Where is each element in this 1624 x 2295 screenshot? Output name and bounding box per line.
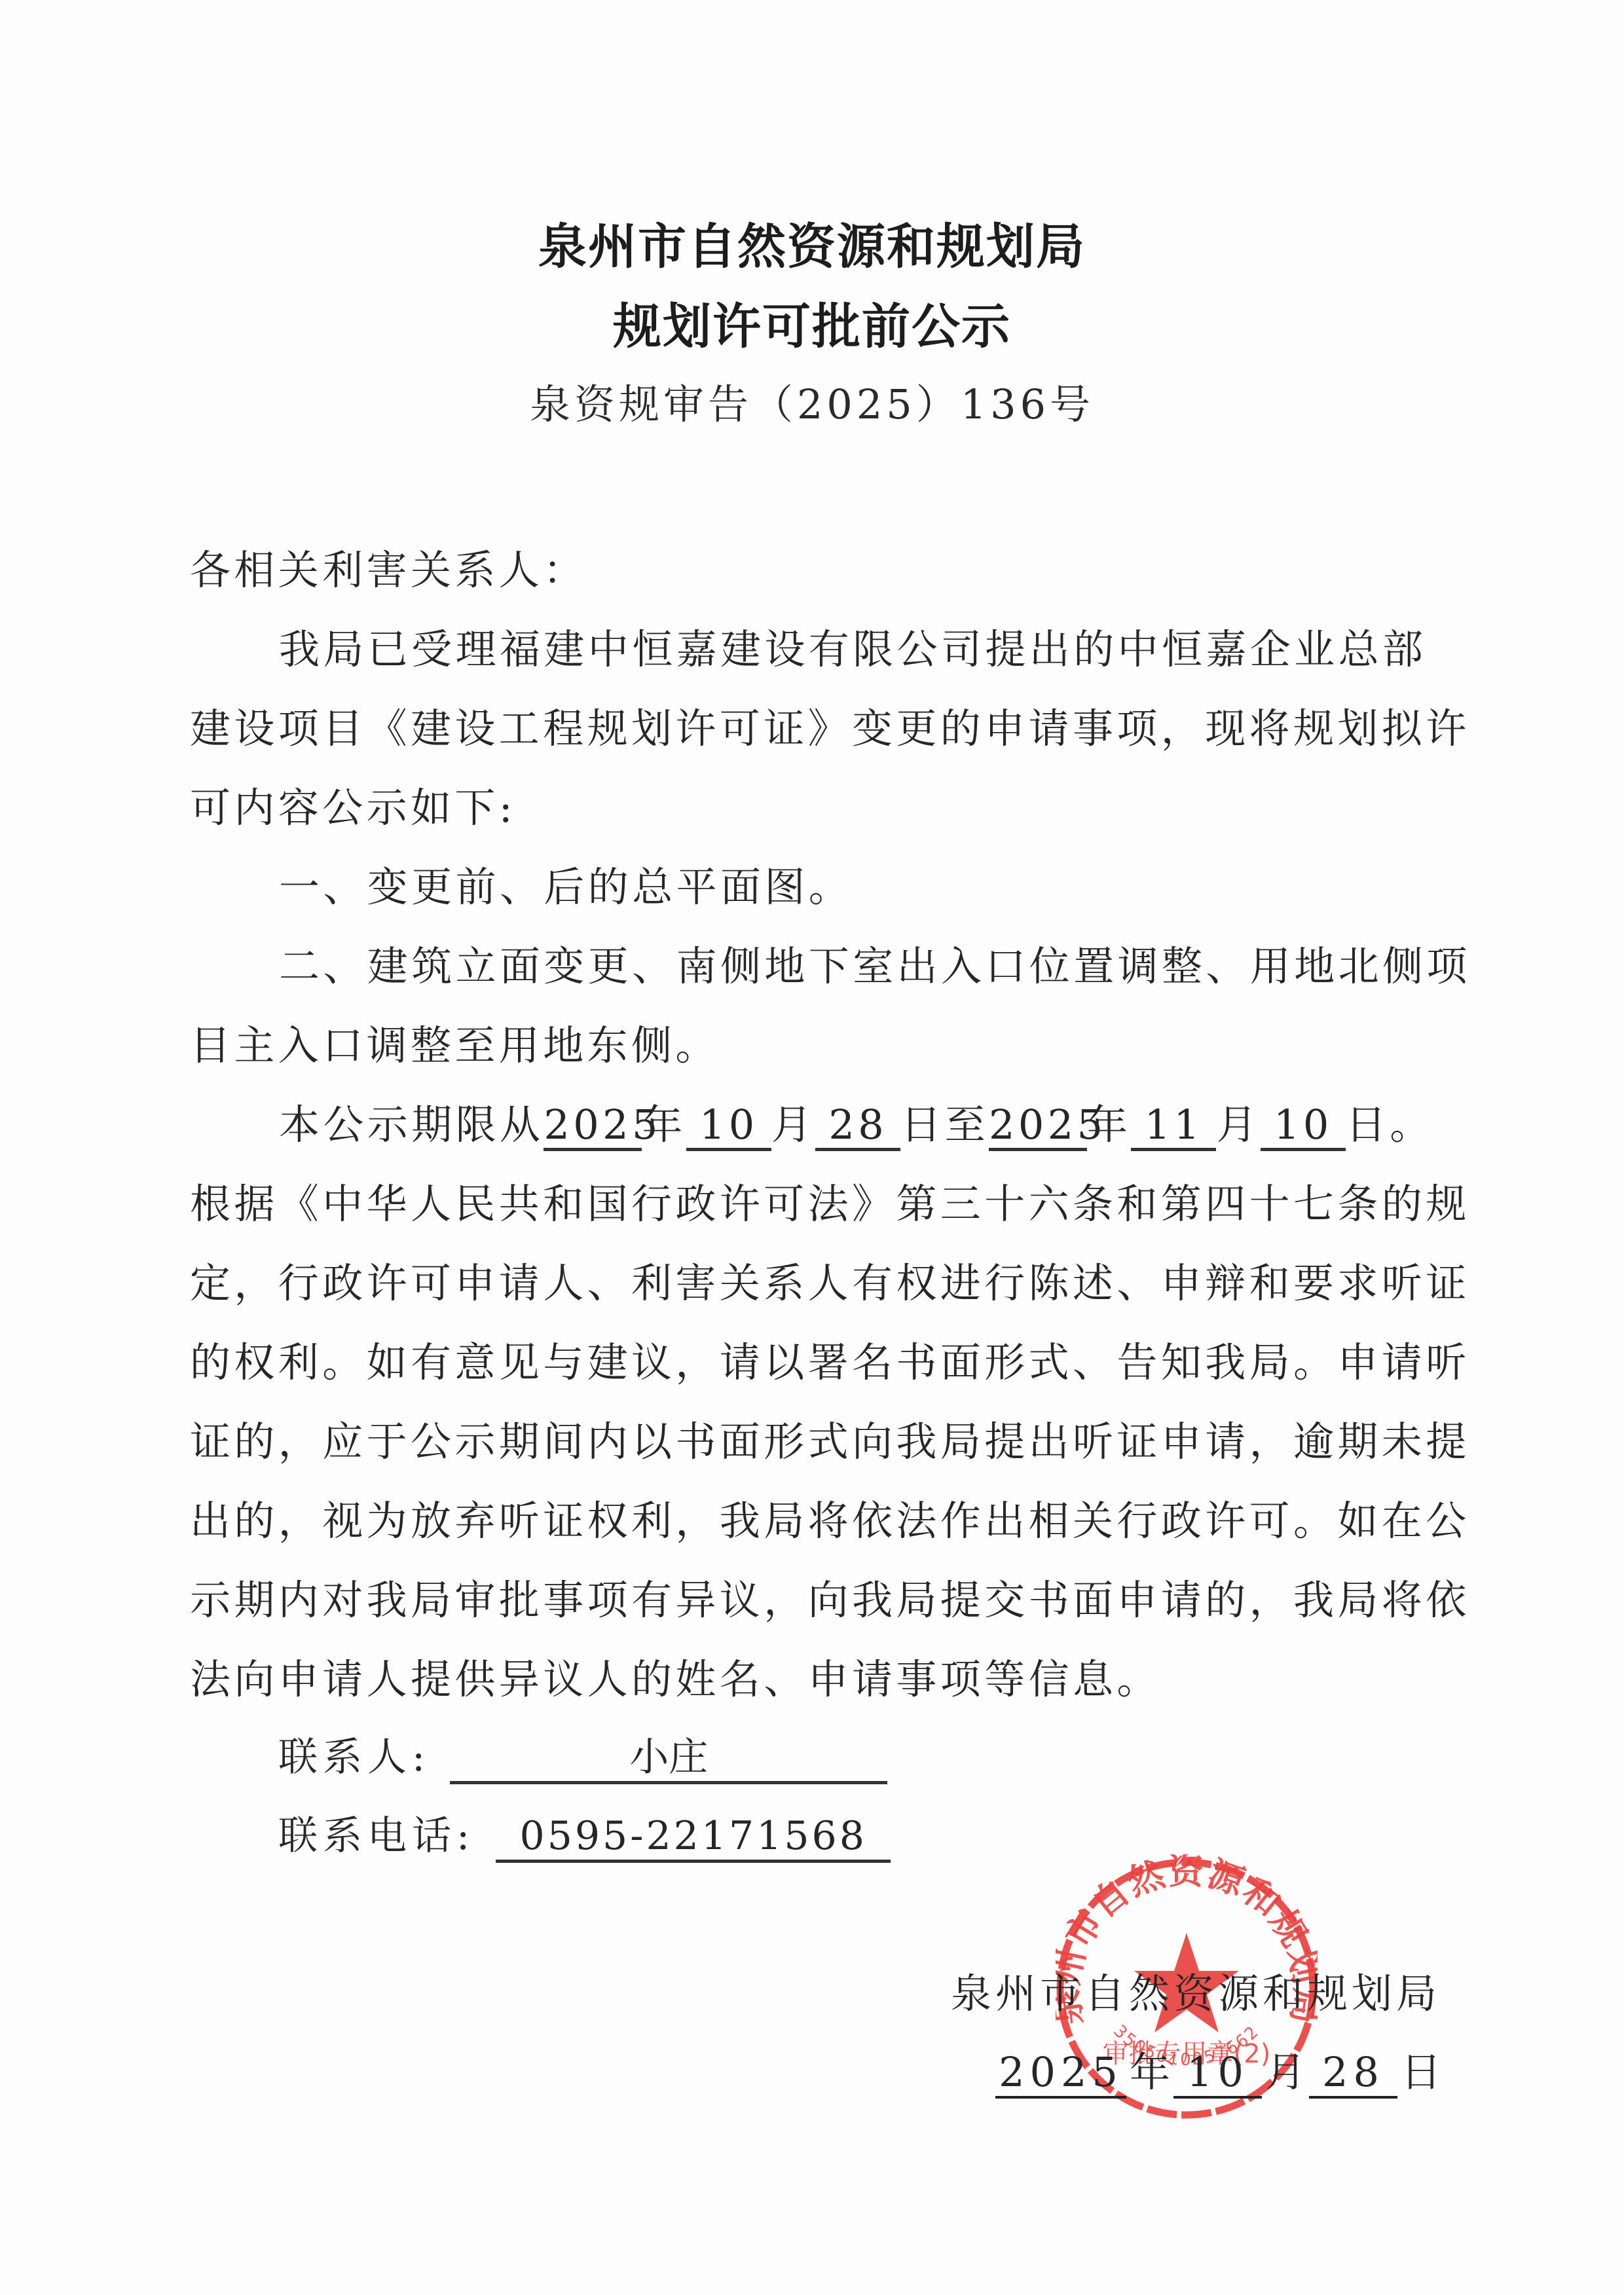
salutation: 各相关利害关系人： bbox=[190, 530, 1441, 610]
document-number: 泉资规审告（2025）136号 bbox=[0, 372, 1624, 430]
rights-line: 的权利。如有意见与建议，请以署名书面形式、告知我局。申请听 bbox=[190, 1323, 1441, 1402]
notice-body: 各相关利害关系人： 我局已受理福建中恒嘉建设有限公司提出的中恒嘉企业总部 建设项… bbox=[190, 530, 1441, 1719]
start-month: 10 bbox=[686, 1102, 771, 1151]
rights-line: 证的，应于公示期间内以书面形式向我局提出听证申请，逾期未提 bbox=[190, 1402, 1441, 1481]
rights-line: 定，行政许可申请人、利害关系人有权进行陈述、申辩和要求听证 bbox=[190, 1243, 1441, 1323]
rights-line: 出的，视为放弃听证权利，我局将依法作出相关行政许可。如在公 bbox=[190, 1481, 1441, 1560]
unit-day-end: 日。 bbox=[1346, 1101, 1434, 1148]
sign-day: 28 bbox=[1309, 2049, 1397, 2099]
contact-phone-label: 联系电话: bbox=[278, 1805, 475, 1861]
start-day: 28 bbox=[815, 1102, 900, 1151]
signature-date: 2025年10月28日 bbox=[995, 2040, 1441, 2099]
rights-line: 法向申请人提供异议人的姓名、申请事项等信息。 bbox=[190, 1640, 1441, 1719]
sign-unit-year: 年 bbox=[1126, 2040, 1173, 2098]
end-month: 11 bbox=[1131, 1102, 1216, 1151]
start-year: 2025 bbox=[544, 1102, 642, 1151]
contact-phone-row: 联系电话:0595-22171568 bbox=[278, 1805, 891, 1863]
rights-line: 示期内对我局审批事项有异议，向我局提交书面申请的，我局将依 bbox=[190, 1560, 1441, 1640]
sign-month: 10 bbox=[1173, 2049, 1262, 2099]
period-prefix: 本公示期限从 bbox=[279, 1101, 544, 1148]
intro-line: 我局已受理福建中恒嘉建设有限公司提出的中恒嘉企业总部 bbox=[190, 610, 1441, 689]
contact-phone-value: 0595-22171568 bbox=[496, 1812, 891, 1863]
rights-line: 根据《中华人民共和国行政许可法》第三十六条和第四十七条的规 bbox=[190, 1164, 1441, 1243]
contact-person-label: 联系人: bbox=[278, 1726, 430, 1782]
end-day: 10 bbox=[1261, 1102, 1346, 1151]
sign-year: 2025 bbox=[995, 2049, 1126, 2099]
publicity-period: 本公示期限从2025年10月28日至2025年11月10日。 bbox=[190, 1085, 1441, 1164]
unit-year: 年 bbox=[1087, 1101, 1131, 1148]
item-two: 二、建筑立面变更、南侧地下室出入口位置调整、用地北侧项 bbox=[190, 927, 1441, 1006]
document-page: 泉州市自然资源和规划局 规划许可批前公示 泉资规审告（2025）136号 各相关… bbox=[0, 0, 1624, 2295]
unit-day-to: 日至 bbox=[900, 1101, 989, 1148]
end-year: 2025 bbox=[989, 1102, 1087, 1151]
signature-organization: 泉州市自然资源和规划局 bbox=[943, 1961, 1441, 2019]
notice-title: 规划许可批前公示 bbox=[0, 288, 1624, 358]
contact-person-row: 联系人:小庄 bbox=[278, 1726, 887, 1784]
unit-month: 月 bbox=[771, 1101, 815, 1148]
intro-line: 建设项目《建设工程规划许可证》变更的申请事项，现将规划拟许 bbox=[190, 689, 1441, 768]
agency-title: 泉州市自然资源和规划局 bbox=[0, 208, 1624, 278]
intro-line: 可内容公示如下: bbox=[190, 768, 1441, 847]
item-two-continued: 目主入口调整至用地东侧。 bbox=[190, 1006, 1441, 1085]
contact-person-value: 小庄 bbox=[450, 1734, 887, 1784]
sign-unit-day: 日 bbox=[1397, 2040, 1445, 2098]
item-one: 一、变更前、后的总平面图。 bbox=[190, 847, 1441, 927]
sign-unit-month: 月 bbox=[1262, 2040, 1309, 2098]
unit-month: 月 bbox=[1216, 1101, 1260, 1148]
unit-year: 年 bbox=[642, 1101, 686, 1148]
